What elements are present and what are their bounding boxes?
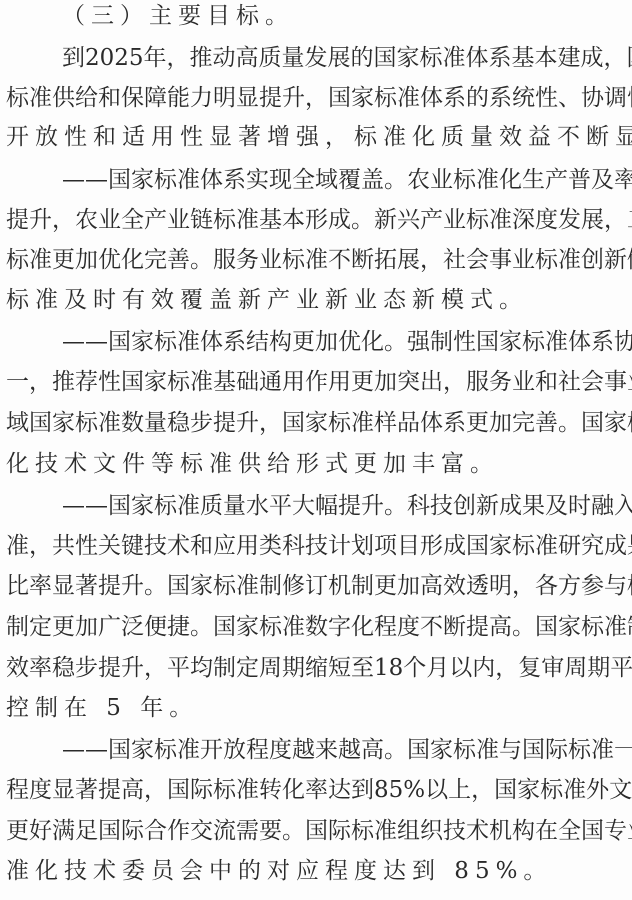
- paragraph-3-line-3: 域国家标准数量稳步提升，国家标准样品体系更加完善。国家标准: [6, 403, 626, 443]
- paragraph-2-line-1: ——国家标准体系实现全域覆盖。农业标准化生产普及率稳步: [62, 160, 626, 200]
- paragraph-5-line-3: 更好满足国际合作交流需要。国际标准组织技术机构在全国专业标: [6, 811, 626, 851]
- paragraph-3-line-4: 化技术文件等标准供给形式更加丰富。: [6, 444, 632, 484]
- paragraph-4-line-2: 准，共性关键技术和应用类科技计划项目形成国家标准研究成果的: [6, 526, 626, 566]
- paragraph-1-line-3: 开放性和适用性显著增强，标准化质量效益不断显现。: [6, 117, 632, 157]
- paragraph-2-line-4: 标准及时有效覆盖新产业新业态新模式。: [6, 280, 632, 320]
- paragraph-2-line-3: 标准更加优化完善。服务业标准不断拓展，社会事业标准创新健全。: [6, 240, 626, 280]
- document-page: （三）主要目标。 到2025年，推动高质量发展的国家标准体系基本建成，国家 标准…: [0, 0, 632, 900]
- paragraph-1-line-1: 到2025年，推动高质量发展的国家标准体系基本建成，国家: [62, 38, 626, 78]
- section-heading: （三）主要目标。: [62, 0, 632, 36]
- paragraph-3-line-1: ——国家标准体系结构更加优化。强制性国家标准体系协调统: [62, 322, 626, 362]
- paragraph-3-line-2: 一，推荐性国家标准基础通用作用更加突出，服务业和社会事业领: [6, 362, 626, 402]
- paragraph-5-line-1: ——国家标准开放程度越来越高。国家标准与国际标准一致性: [62, 730, 626, 770]
- paragraph-4-line-5: 效率稳步提升，平均制定周期缩短至18个月以内，复审周期平均: [6, 648, 626, 688]
- paragraph-1-line-2: 标准供给和保障能力明显提升，国家标准体系的系统性、协调性、: [6, 78, 626, 118]
- paragraph-4-line-1: ——国家标准质量水平大幅提升。科技创新成果及时融入标: [62, 486, 626, 526]
- paragraph-4-line-6: 控制在 5 年。: [6, 688, 632, 728]
- paragraph-5-line-4: 准化技术委员会中的对应程度达到 85%。: [6, 851, 632, 891]
- paragraph-2-line-2: 提升，农业全产业链标准基本形成。新兴产业标准深度发展，工业: [6, 200, 626, 240]
- paragraph-4-line-3: 比率显著提升。国家标准制修订机制更加高效透明，各方参与标准: [6, 566, 626, 606]
- paragraph-4-line-4: 制定更加广泛便捷。国家标准数字化程度不断提高。国家标准制定: [6, 607, 626, 647]
- paragraph-5-line-2: 程度显著提高，国际标准转化率达到85%以上，国家标准外文版: [6, 770, 626, 810]
